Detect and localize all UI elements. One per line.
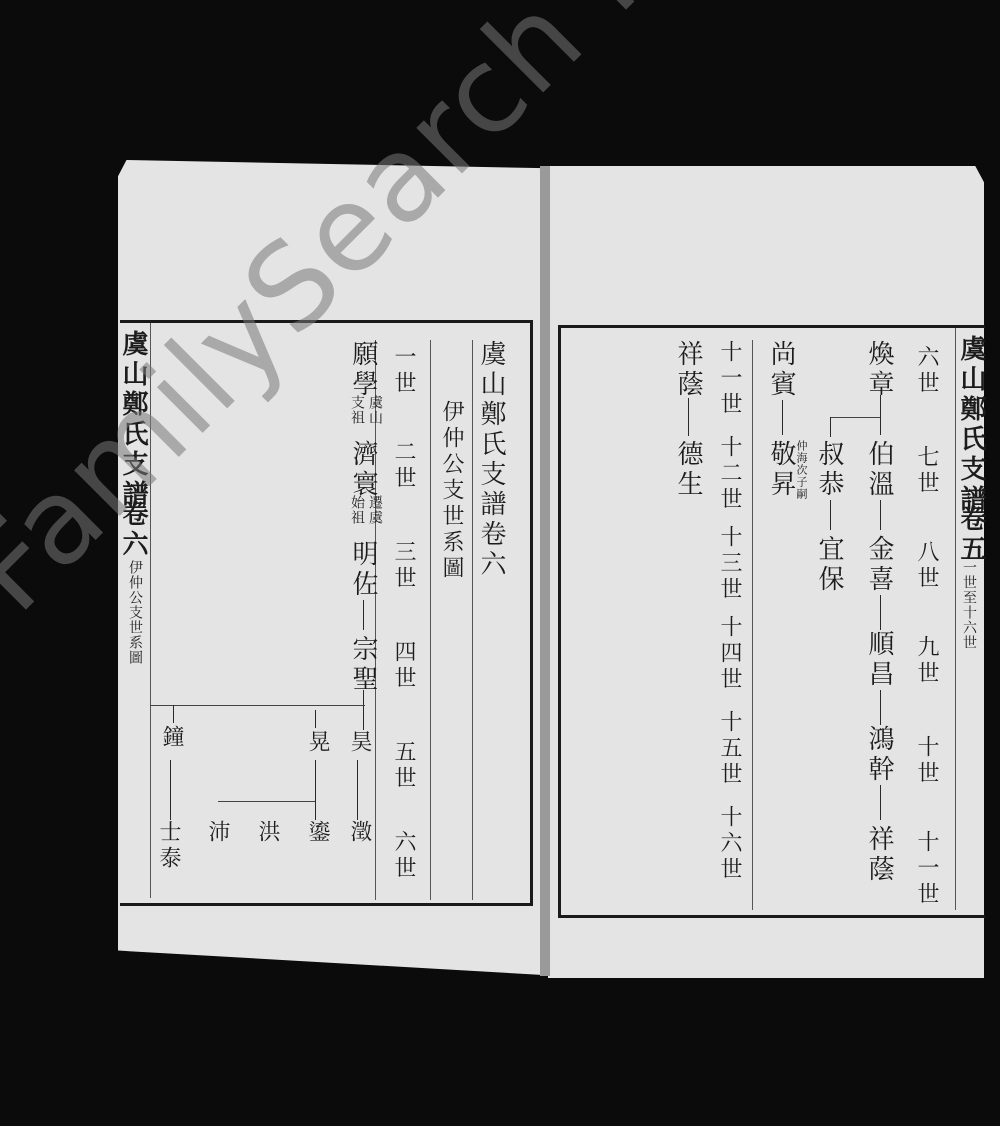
generation-label: 十六世 [718,805,740,883]
left-margin-section: 伊仲公支世系圖 [128,560,142,665]
left-margin-rule [150,323,151,898]
lineage-line [363,690,364,730]
left-margin-book-title: 虞山鄭氏支譜 [120,330,146,510]
generation-label: 三世 [392,540,414,592]
generation-label: 十五世 [718,710,740,788]
lineage-line [173,705,174,723]
left-margin-volume: 卷六 [120,500,146,560]
generation-label: 四世 [392,640,414,692]
left-column-rule [472,340,473,900]
person-name: 宜保 [816,535,842,595]
generation-label: 十一世 [718,340,740,418]
lineage-line [688,398,689,436]
lineage-line [782,400,783,435]
person-name: 祥蔭 [675,340,701,400]
branch-line [218,801,315,802]
generation-label: 十三世 [718,525,740,603]
person-note: 遷虞 [368,495,382,525]
person-name: 士泰 [157,820,179,872]
person-name: 宗聖 [350,635,376,695]
generation-label: 九世 [915,635,937,687]
person-name: 澂 [348,820,370,846]
person-name: 煥章 [866,340,892,400]
person-note: 仲海次子嗣 [796,440,807,500]
left-column-rule [430,340,431,900]
generation-label: 十二世 [718,435,740,513]
right-margin-volume: 卷五 [958,505,984,565]
lineage-line [830,500,831,530]
person-name: 鴻幹 [866,725,892,785]
person-name: 明佐 [350,540,376,600]
book-gutter [540,166,550,976]
generation-label: 六世 [392,830,414,882]
person-name: 昊 [348,730,370,756]
generation-label: 十四世 [718,615,740,693]
right-column-rule [752,340,753,910]
person-name: 德生 [675,440,701,500]
lineage-line [880,395,881,435]
person-name: 伯溫 [866,440,892,500]
person-name: 敬昇 [768,440,794,500]
person-note: 始祖 [350,495,364,525]
person-name: 祥蔭 [866,825,892,885]
generation-label: 十世 [915,735,937,787]
generation-label: 七世 [915,445,937,497]
branch-line [830,417,880,418]
left-page-subtitle: 伊仲公支世系圖 [440,400,462,582]
generation-label: 一世 [392,345,414,397]
lineage-line [880,785,881,820]
person-name: 鎏 [306,820,328,846]
person-name: 金喜 [866,535,892,595]
person-note: 支祖 [350,395,364,425]
lineage-line [830,417,831,437]
person-name: 鐘 [160,725,182,751]
branch-line [150,705,365,706]
right-margin-section: 一世至十六世 [962,560,976,650]
person-name: 沛 [206,820,228,846]
lineage-line [880,500,881,530]
lineage-line [880,690,881,725]
lineage-line [315,760,316,820]
right-margin-book-title: 虞山鄭氏支譜 [958,335,984,515]
person-name: 濟寰 [350,440,376,500]
person-name: 順昌 [866,630,892,690]
generation-label: 五世 [392,740,414,792]
generation-label: 十一世 [915,830,937,908]
generation-label: 八世 [915,540,937,592]
generation-label: 六世 [915,345,937,397]
lineage-line [315,710,316,728]
lineage-line [880,595,881,630]
generation-label: 二世 [392,440,414,492]
lineage-line [357,760,358,820]
person-name: 晃 [306,730,328,756]
person-name: 願學 [350,340,376,400]
lineage-line [170,760,171,820]
left-page-title: 虞山鄭氏支譜卷六 [478,340,504,580]
person-name: 尚賓 [768,340,794,400]
person-note: 虞山 [368,395,382,425]
person-name: 叔恭 [816,440,842,500]
lineage-line [363,600,364,630]
person-name: 洪 [256,820,278,846]
